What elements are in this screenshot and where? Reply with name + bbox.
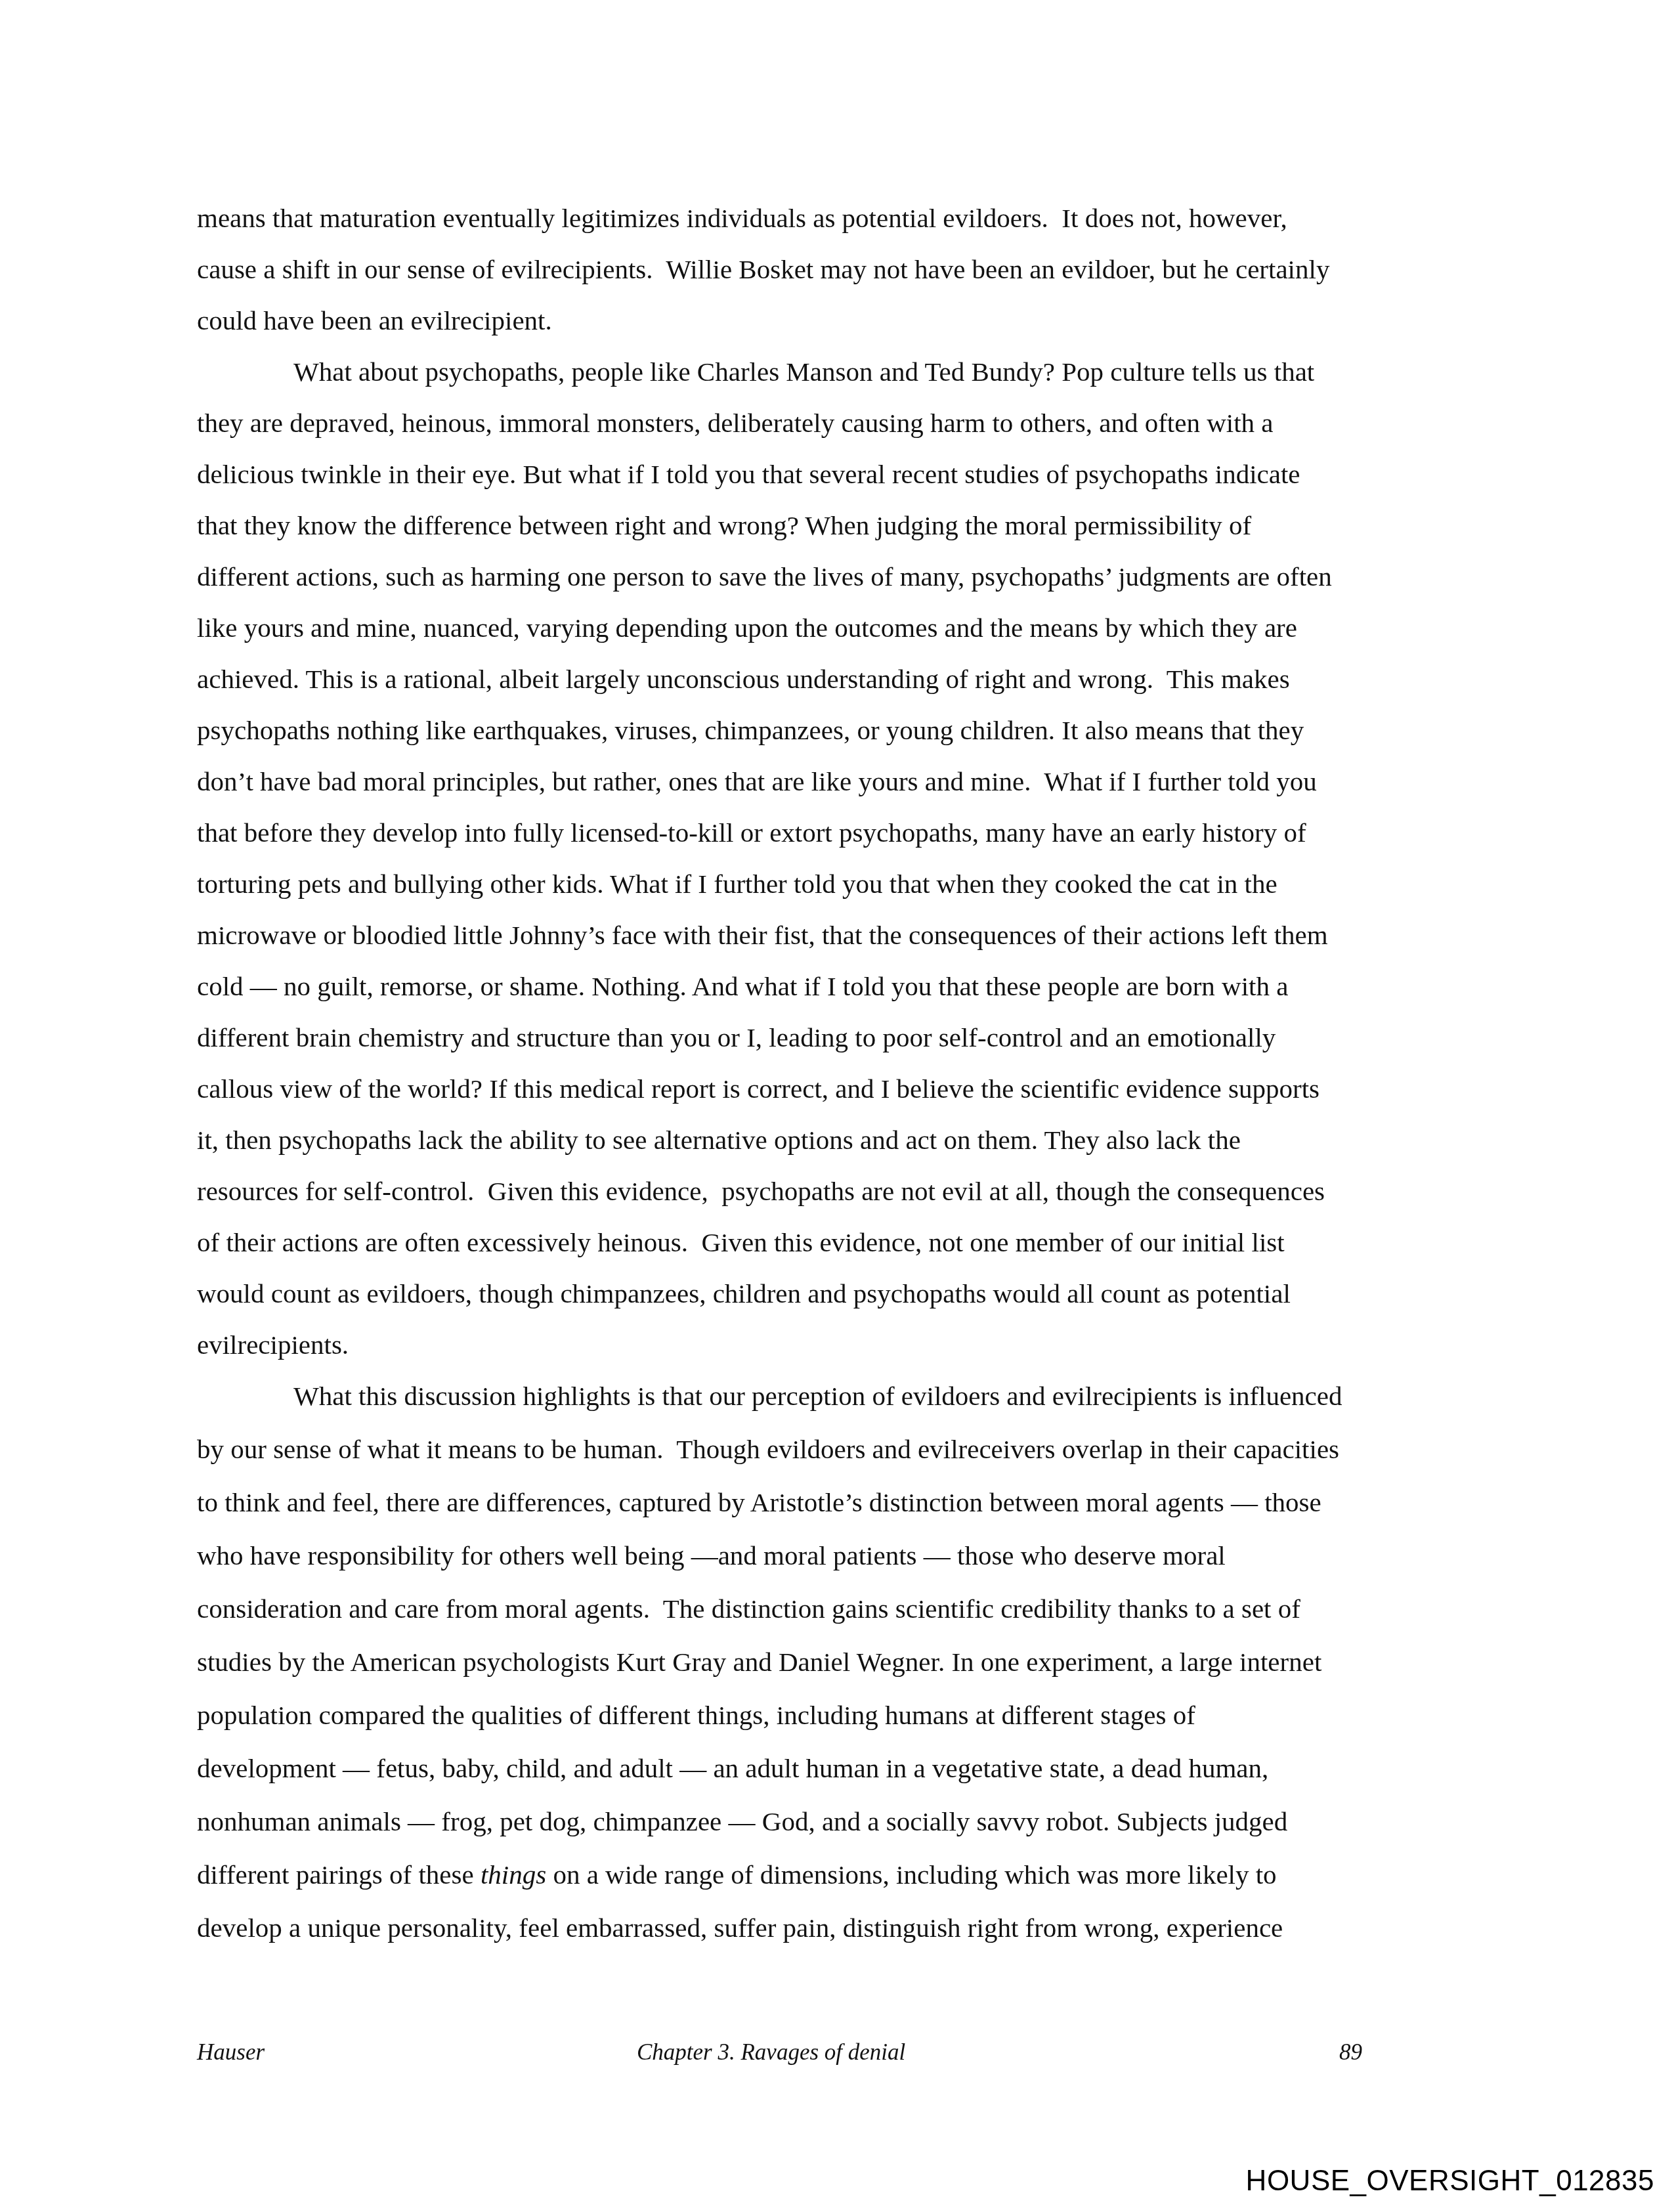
italic-term: things [481,1859,546,1890]
body-line: microwave or bloodied little Johnny’s fa… [197,919,1328,951]
body-line: What about psychopaths, people like Char… [293,355,1314,388]
text-run: on a wide range of dimensions, including… [546,1859,1276,1890]
body-line: by our sense of what it means to be huma… [197,1433,1339,1465]
body-line: population compared the qualities of dif… [197,1699,1195,1731]
body-line: delicious twinkle in their eye. But what… [197,458,1300,490]
body-line: develop a unique personality, feel embar… [197,1911,1283,1944]
body-line: that they know the difference between ri… [197,509,1251,542]
body-line: different actions, such as harming one p… [197,560,1332,593]
footer-chapter-title: Chapter 3. Ravages of denial [637,2039,905,2066]
body-line: development — fetus, baby, child, and ad… [197,1752,1268,1785]
body-line: who have responsibility for others well … [197,1539,1226,1572]
body-line: like yours and mine, nuanced, varying de… [197,611,1297,644]
body-line: cause a shift in our sense of evilrecipi… [197,253,1329,286]
body-line: don’t have bad moral principles, but rat… [197,765,1317,798]
footer-page-number: 89 [1339,2039,1362,2066]
body-line: consideration and care from moral agents… [197,1592,1300,1625]
body-line: to think and feel, there are differences… [197,1486,1321,1519]
body-line: evilrecipients. [197,1328,349,1361]
body-line: psychopaths nothing like earthquakes, vi… [197,714,1304,747]
body-line: studies by the American psychologists Ku… [197,1645,1321,1678]
body-line: could have been an evilrecipient. [197,304,552,337]
body-line: it, then psychopaths lack the ability to… [197,1123,1241,1156]
body-line: resources for self-control. Given this e… [197,1175,1325,1207]
text-run: different pairings of these [197,1859,481,1890]
body-line: torturing pets and bullying other kids. … [197,867,1277,900]
body-line-with-italic: different pairings of these things on a … [197,1858,1277,1891]
body-line: would count as evildoers, though chimpan… [197,1277,1291,1310]
body-line: cold — no guilt, remorse, or shame. Noth… [197,970,1288,1003]
body-line: different brain chemistry and structure … [197,1021,1276,1054]
body-line: nonhuman animals — frog, pet dog, chimpa… [197,1805,1287,1838]
body-line: callous view of the world? If this medic… [197,1072,1320,1105]
body-line: means that maturation eventually legitim… [197,202,1287,234]
footer-author: Hauser [197,2039,265,2066]
body-line: achieved. This is a rational, albeit lar… [197,662,1290,695]
bates-stamp: HOUSE_OVERSIGHT_012835 [1246,2165,1654,2198]
body-line: of their actions are often excessively h… [197,1226,1285,1259]
body-line: What this discussion highlights is that … [293,1379,1342,1412]
document-page: means that maturation eventually legitim… [0,0,1674,2212]
body-line: they are depraved, heinous, immoral mons… [197,406,1274,439]
body-line: that before they develop into fully lice… [197,816,1306,849]
